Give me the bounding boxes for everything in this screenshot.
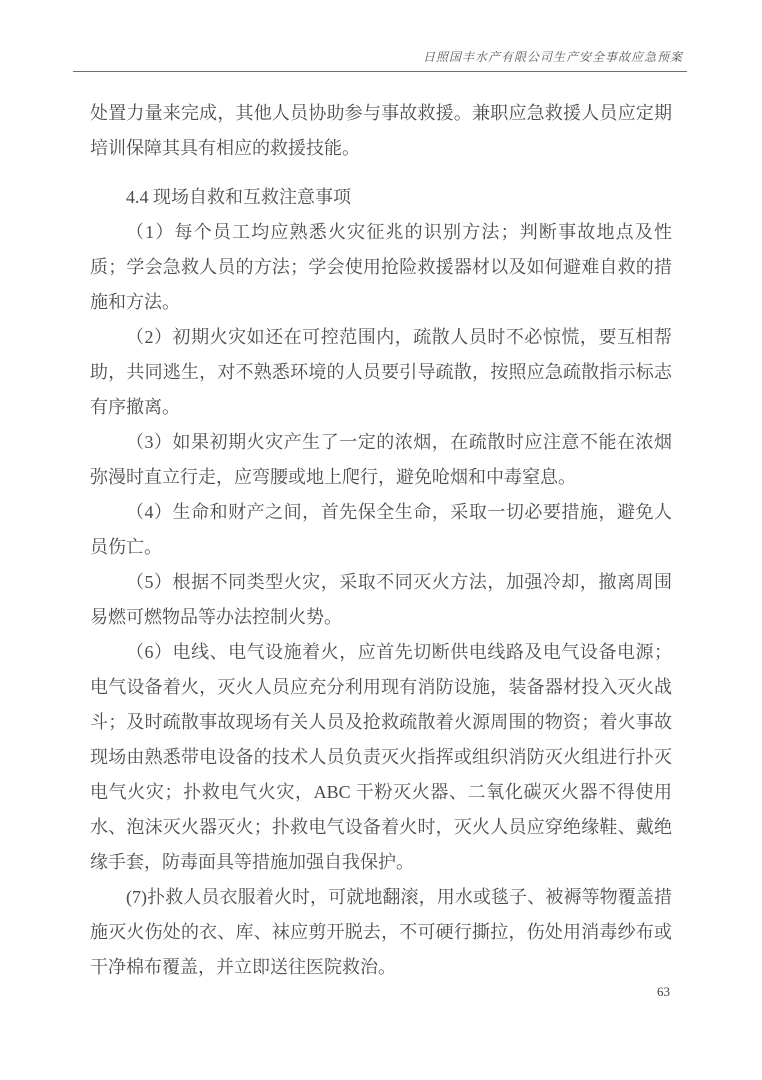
paragraph-intro: 处置力量来完成，其他人员协助参与事故救援。兼职应急救援人员应定期培训保障其具有相… <box>90 96 672 166</box>
document-page: 日照国丰水产有限公司生产安全事故应急预案 处置力量来完成，其他人员协助参与事故救… <box>0 0 762 1080</box>
paragraph-item-7: (7)扑救人员衣服着火时，可就地翻滚，用水或毯子、被褥等物覆盖措施灭火伤处的衣、… <box>90 880 672 985</box>
page-number: 63 <box>657 984 670 1000</box>
paragraph-item-4: （4）生命和财产之间，首先保全生命，采取一切必要措施，避免人员伤亡。 <box>90 495 672 565</box>
page-header: 日照国丰水产有限公司生产安全事故应急预案 <box>73 48 687 72</box>
section-heading: 4.4 现场自救和互救注意事项 <box>90 180 672 215</box>
paragraph-item-3: （3）如果初期火灾产生了一定的浓烟，在疏散时应注意不能在浓烟弥漫时直立行走，应弯… <box>90 425 672 495</box>
header-rule <box>73 71 687 72</box>
document-body: 处置力量来完成，其他人员协助参与事故救援。兼职应急救援人员应定期培训保障其具有相… <box>90 96 672 985</box>
paragraph-item-6: （6）电线、电气设施着火，应首先切断供电线路及电气设备电源；电气设备着火，灭火人… <box>90 635 672 880</box>
paragraph-item-2: （2）初期火灾如还在可控范围内，疏散人员时不必惊慌，要互相帮助，共同逃生，对不熟… <box>90 320 672 425</box>
paragraph-item-1: （1）每个员工均应熟悉火灾征兆的识别方法；判断事故地点及性质；学会急救人员的方法… <box>90 215 672 320</box>
paragraph-item-5: （5）根据不同类型火灾，采取不同灭火方法，加强冷却，撤离周围易燃可燃物品等办法控… <box>90 565 672 635</box>
page-header-title: 日照国丰水产有限公司生产安全事故应急预案 <box>73 48 687 65</box>
